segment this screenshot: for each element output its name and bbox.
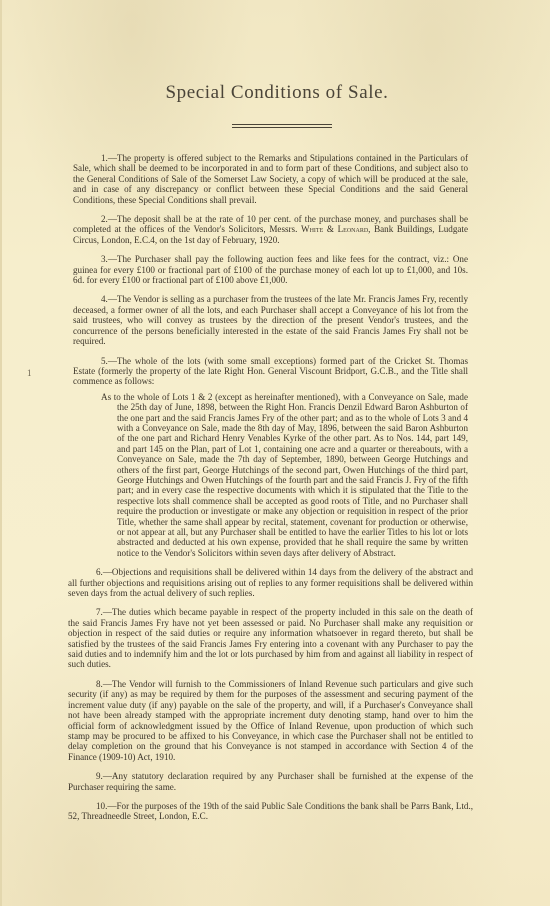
condition-6: 6.—Objections and requisitions shall be …	[68, 567, 473, 598]
condition-10: 10.—For the purposes of the 19th of the …	[68, 801, 473, 822]
condition-5: 5.—The whole of the lots (with some smal…	[73, 356, 468, 387]
document-page: Special Conditions of Sale. 1 1.—The pro…	[0, 0, 550, 906]
margin-mark: 1	[27, 368, 32, 378]
title-double-rule	[232, 124, 332, 130]
condition-4: 4.—The Vendor is selling as a purchaser …	[73, 294, 468, 346]
condition-5-title-roots: As to the whole of Lots 1 & 2 (except as…	[101, 392, 468, 559]
condition-7: 7.—The duties which became payable in re…	[68, 607, 473, 669]
condition-2: 2.—The deposit shall be at the rate of 1…	[73, 214, 468, 245]
page-title: Special Conditions of Sale.	[2, 82, 550, 104]
condition-9: 9.—Any statutory declaration required by…	[68, 771, 473, 792]
condition-3: 3.—The Purchaser shall pay the following…	[73, 254, 468, 285]
solicitors-name: White & Leonard	[301, 224, 368, 234]
condition-8: 8.—The Vendor will furnish to the Commis…	[68, 679, 473, 762]
condition-1: 1.—The property is offered subject to th…	[73, 153, 468, 205]
conditions-body: 1.—The property is offered subject to th…	[73, 153, 468, 831]
